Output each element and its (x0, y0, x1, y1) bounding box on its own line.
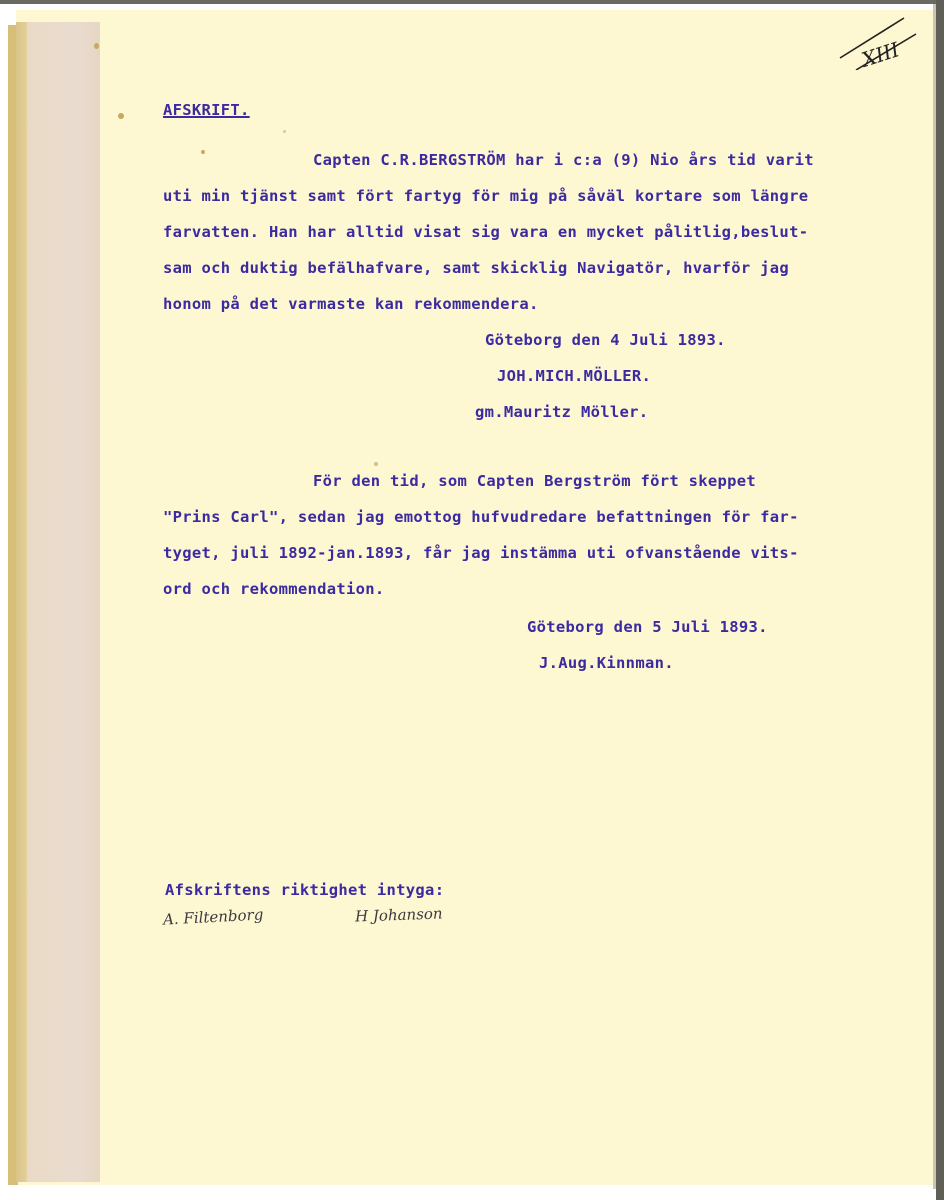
scanner-right-border (936, 0, 944, 1200)
letter-2-line: tyget, juli 1892-jan.1893, får jag instä… (163, 544, 799, 562)
document-title: AFSKRIFT. (163, 101, 250, 119)
stain-spot (118, 113, 124, 119)
letter-2-place-date: Göteborg den 5 Juli 1893. (527, 618, 768, 636)
binding-tape-strip (16, 22, 100, 1182)
archive-mark-xiii: XIII (838, 10, 918, 70)
stain-spot (94, 43, 99, 49)
letter-1-line: farvatten. Han har alltid visat sig vara… (163, 223, 808, 241)
stain-spot (374, 462, 378, 466)
letter-1-place-date: Göteborg den 4 Juli 1893. (485, 331, 726, 349)
letter-1-per: gm.Mauritz Möller. (475, 403, 648, 421)
letter-2-line: För den tid, som Capten Bergström fört s… (313, 472, 756, 490)
scanner-top-border (0, 0, 944, 4)
certification-label: Afskriftens riktighet intyga: (165, 881, 444, 899)
letter-2-signatory: J.Aug.Kinnman. (539, 654, 674, 672)
signature-johanson: H Johanson (355, 904, 443, 925)
stain-spot (201, 150, 205, 154)
letter-1-line: honom på det varmaste kan rekommendera. (163, 295, 539, 313)
svg-text:XIII: XIII (857, 37, 903, 70)
letter-2-line: "Prins Carl", sedan jag emottog hufvudre… (163, 508, 799, 526)
letter-2-line: ord och rekommendation. (163, 580, 385, 598)
letter-1-line: sam och duktig befälhafvare, samt skickl… (163, 259, 789, 277)
letter-1-line: uti min tjänst samt fört fartyg för mig … (163, 187, 808, 205)
letter-1-signatory: JOH.MICH.MÖLLER. (497, 367, 651, 385)
letter-1-line: Capten C.R.BERGSTRÖM har i c:a (9) Nio å… (313, 151, 814, 169)
stain-spot (283, 130, 286, 133)
